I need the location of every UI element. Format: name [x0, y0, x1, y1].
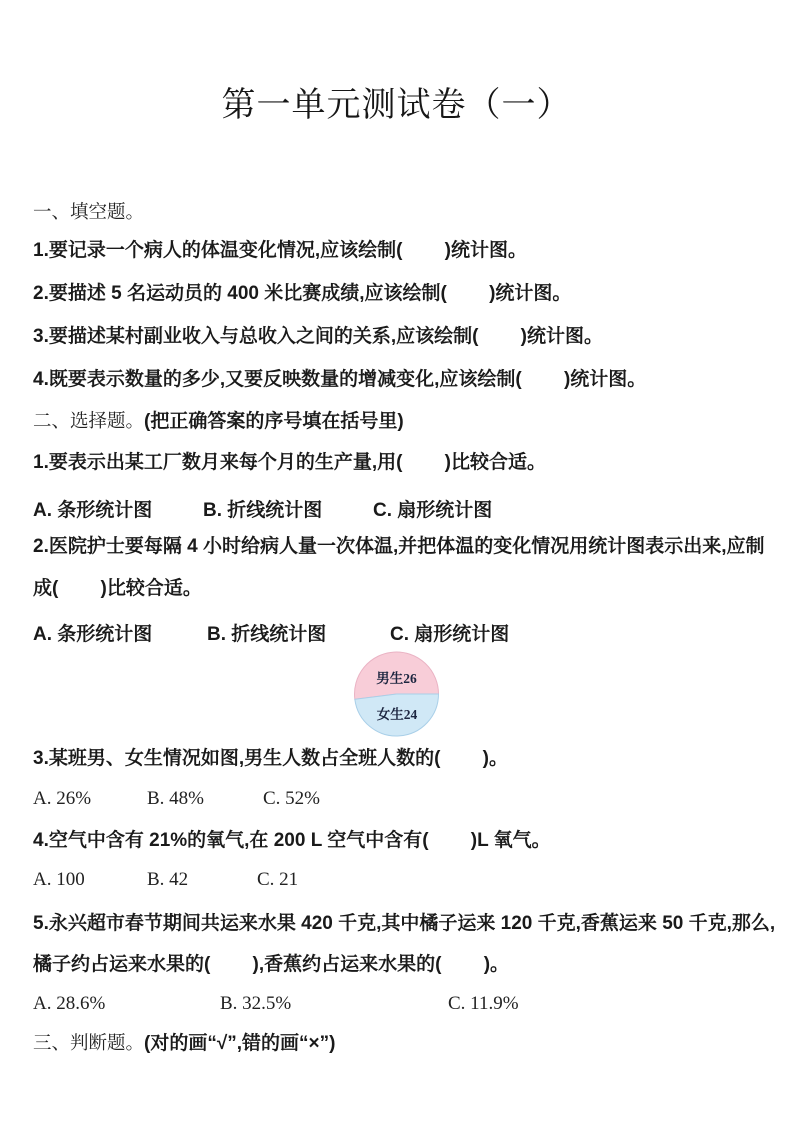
option-a: A. 100	[33, 869, 85, 891]
option-b: B. 32.5%	[220, 993, 291, 1015]
section1-header: 一、填空题。	[33, 203, 144, 224]
option-c: C. 扇形统计图	[390, 619, 509, 646]
option-c: C. 21	[257, 869, 298, 891]
option-a: A. 条形统计图	[33, 619, 152, 646]
section3-header: 三、判断题。(对的画“√”,错的画“×”)	[33, 1033, 335, 1055]
question-2-3-options: A. 26% B. 48% C. 52%	[0, 788, 793, 812]
question-2-1-options: A. 条形统计图 B. 折线统计图 C. 扇形统计图	[0, 495, 793, 519]
option-c: C. 11.9%	[448, 993, 519, 1015]
question-2-2-line1: 2.医院护士要每隔 4 小时给病人量一次体温,并把体温的变化情况用统计图表示出来…	[33, 536, 765, 558]
test-paper-page: 第一单元测试卷（一） 一、填空题。 1.要记录一个病人的体温变化情况,应该绘制(…	[0, 0, 793, 1122]
option-c: C. 52%	[263, 788, 320, 810]
section2-header: 二、选择题。(把正确答案的序号填在括号里)	[33, 411, 404, 433]
question-2-3: 3.某班男、女生情况如图,男生人数占全班人数的( )。	[33, 748, 508, 770]
option-a: A. 条形统计图	[33, 495, 152, 522]
question-2-4: 4.空气中含有 21%的氧气,在 200 L 空气中含有( )L 氧气。	[33, 830, 551, 852]
section3-header-label: 三、判断题。	[33, 1034, 144, 1054]
option-c: C. 扇形统计图	[373, 495, 492, 522]
section2-header-note: (把正确答案的序号填在括号里)	[144, 411, 404, 432]
question-2-1: 1.要表示出某工厂数月来每个月的生产量,用( )比较合适。	[33, 452, 546, 474]
option-b: B. 折线统计图	[203, 495, 322, 522]
pie-label-girls: 女生24	[377, 706, 418, 722]
question-2-2-options: A. 条形统计图 B. 折线统计图 C. 扇形统计图	[0, 619, 793, 643]
question-1-2: 2.要描述 5 名运动员的 400 米比赛成绩,应该绘制( )统计图。	[33, 283, 571, 305]
question-2-5-line1: 5.永兴超市春节期间共运来水果 420 千克,其中橘子运来 120 千克,香蕉运…	[33, 913, 775, 935]
question-2-5-options: A. 28.6% B. 32.5% C. 11.9%	[0, 993, 793, 1017]
section3-header-note: (对的画“√”,错的画“×”)	[144, 1033, 335, 1054]
question-2-2-line2: 成( )比较合适。	[33, 578, 202, 600]
question-2-5-line2: 橘子约占运来水果的( ),香蕉约占运来水果的( )。	[33, 954, 509, 976]
question-2-4-options: A. 100 B. 42 C. 21	[0, 869, 793, 893]
pie-chart: 男生26 女生24	[352, 651, 441, 738]
page-title: 第一单元测试卷（一）	[0, 86, 793, 125]
option-b: B. 42	[147, 869, 188, 891]
option-a: A. 26%	[33, 788, 91, 810]
question-1-3: 3.要描述某村副业收入与总收入之间的关系,应该绘制( )统计图。	[33, 326, 603, 348]
option-b: B. 折线统计图	[207, 619, 326, 646]
question-1-1: 1.要记录一个病人的体温变化情况,应该绘制( )统计图。	[33, 240, 527, 262]
option-a: A. 28.6%	[33, 993, 105, 1015]
question-1-4: 4.既要表示数量的多少,又要反映数量的增减变化,应该绘制( )统计图。	[33, 369, 646, 391]
option-b: B. 48%	[147, 788, 204, 810]
section2-header-label: 二、选择题。	[33, 412, 144, 432]
pie-label-boys: 男生26	[376, 670, 417, 686]
